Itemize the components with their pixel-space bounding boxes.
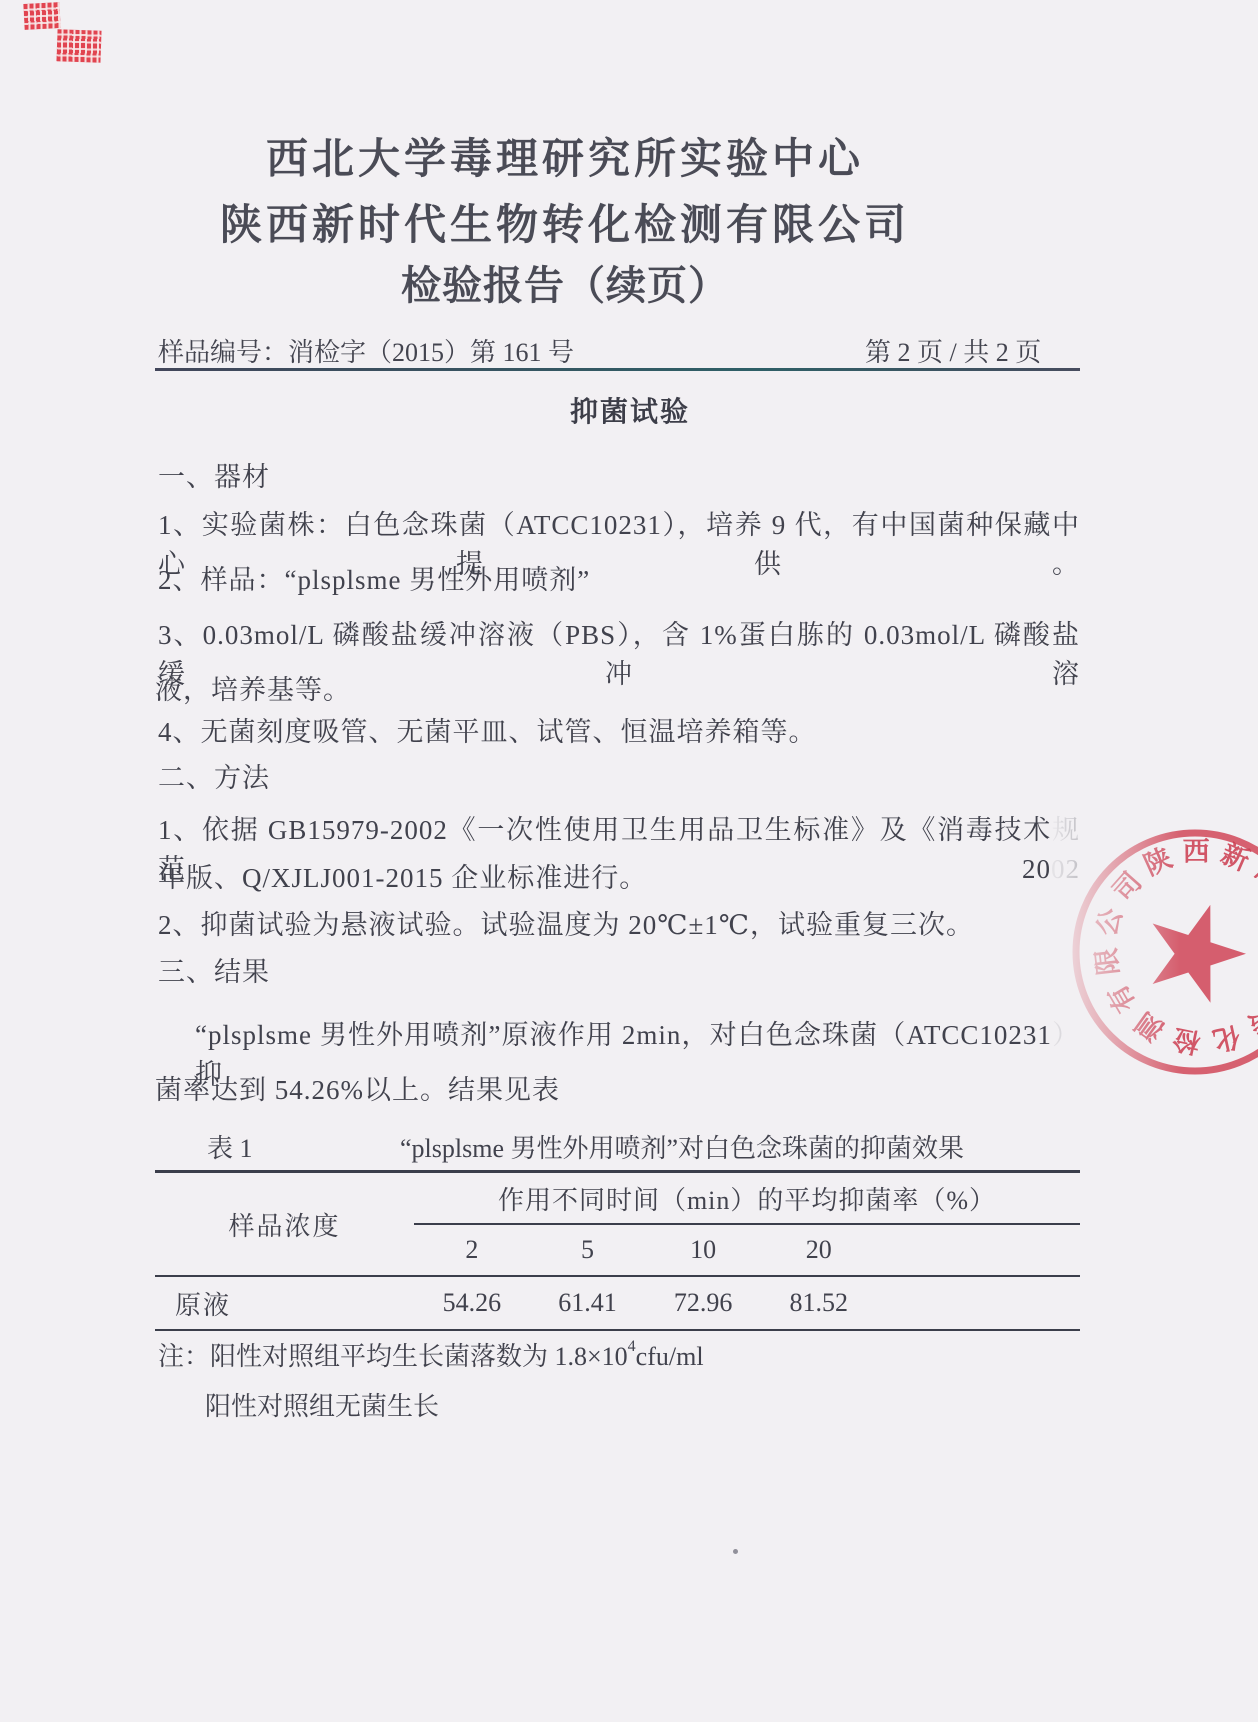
- section-title: 抑菌试验: [155, 390, 1105, 430]
- table-caption-number: 表 1: [207, 1128, 253, 1165]
- note-line1: 注：阳性对照组平均生长菌落数为 1.8×104cfu/ml: [158, 1336, 704, 1373]
- corner-stamp-fragment-icon: [56, 29, 101, 63]
- page-indicator: 第 2 页 / 共 2 页: [865, 332, 1041, 369]
- table-row-header: 样品浓度: [155, 1172, 414, 1277]
- equipment-item-4: 4、无菌刻度吸管、无菌平皿、试管、恒温培养箱等。: [158, 710, 817, 749]
- method-item-1-line2: 年版、Q/XJLJ001-2015 企业标准进行。: [158, 856, 647, 895]
- note-line2: 阳性对照组无菌生长: [205, 1386, 439, 1423]
- result-line2: 菌率达到 54.26%以上。结果见表: [155, 1068, 560, 1107]
- table-cell: 54.26: [414, 1276, 530, 1330]
- table-time-col: 20: [761, 1224, 877, 1276]
- report-title: 检验报告（续页）: [0, 254, 1130, 311]
- table-row: 原液 54.26 61.41 72.96 81.52: [155, 1276, 1080, 1330]
- org-name-line2: 陕西新时代生物转化检测有限公司: [0, 192, 1130, 252]
- note-line1-unit: cfu/ml: [636, 1342, 704, 1371]
- corner-stamp-fragment-icon: [23, 2, 60, 30]
- table-time-col: 10: [645, 1224, 761, 1276]
- heading-equipment: 一、器材: [158, 455, 270, 494]
- note-superscript: 4: [628, 1338, 636, 1355]
- table-cell: 81.52: [761, 1276, 877, 1330]
- official-seal-stamp-icon: ★ 陕西新时代生物转化检测有限公司: [1050, 815, 1258, 1115]
- scan-speck: [733, 1549, 738, 1554]
- table-time-col: 5: [530, 1224, 646, 1276]
- results-table: 样品浓度 作用不同时间（min）的平均抑菌率（%） 2 5 10 20 原液 5…: [155, 1170, 1080, 1331]
- table-group-header: 作用不同时间（min）的平均抑菌率（%）: [414, 1172, 1080, 1225]
- equipment-item-3-line2: 液，培养基等。: [155, 668, 351, 707]
- org-name-line1: 西北大学毒理研究所实验中心: [0, 126, 1130, 186]
- table-row-label: 原液: [155, 1276, 414, 1330]
- sample-number: 样品编号：消检字（2015）第 161 号: [158, 332, 574, 369]
- table-time-col: 2: [414, 1224, 530, 1276]
- table-cell: 61.41: [530, 1276, 646, 1330]
- equipment-item-2: 2、样品：“plsplsme 男性外用喷剂”: [158, 558, 590, 597]
- header-divider: [155, 368, 1080, 371]
- scanned-report-page: 西北大学毒理研究所实验中心 陕西新时代生物转化检测有限公司 检验报告（续页） 样…: [0, 0, 1258, 1722]
- table-empty-cell: [877, 1224, 1081, 1276]
- method-item-2: 2、抑菌试验为悬液试验。试验温度为 20℃±1℃，试验重复三次。: [158, 903, 974, 942]
- table-cell: 72.96: [645, 1276, 761, 1330]
- table-caption: “plsplsme 男性外用喷剂”对白色念珠菌的抑菌效果: [400, 1128, 964, 1165]
- note-line1-text: 注：阳性对照组平均生长菌落数为 1.8×10: [158, 1342, 628, 1371]
- heading-method: 二、方法: [158, 756, 270, 795]
- heading-result: 三、结果: [158, 950, 270, 989]
- table-empty-cell: [877, 1276, 1081, 1330]
